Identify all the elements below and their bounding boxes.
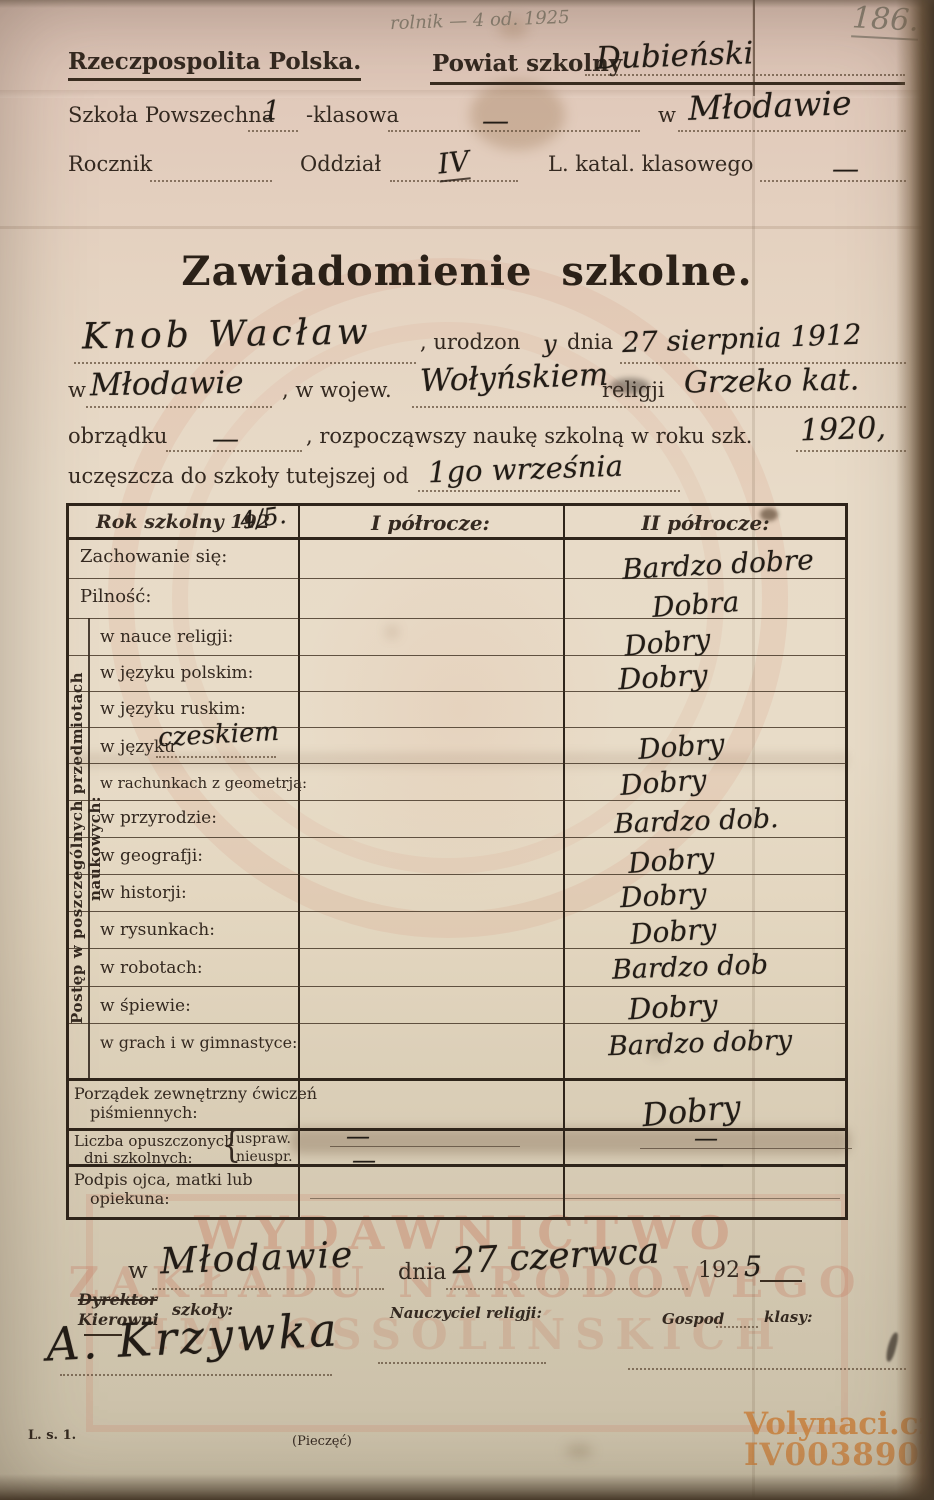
grade-rachunki: Dobry [619, 763, 708, 802]
right-page-edge [896, 0, 934, 1500]
wojew-dotted [412, 406, 906, 408]
school-in-label: w [658, 103, 676, 127]
row-line-3 [69, 655, 846, 656]
table-col-divider-1 [298, 506, 300, 1217]
rite-label: obrządku [68, 424, 167, 448]
footer-year-printed: 192 [698, 1258, 740, 1283]
born-label: , urodzon [420, 330, 520, 354]
ls-note: L. s. 1. [28, 1428, 76, 1443]
row-line-11 [69, 948, 846, 949]
grade-polski: Dobry [617, 658, 708, 697]
row-label-rachunki: w rachunkach z geometrją: [100, 774, 307, 792]
podpis-writing-line [310, 1198, 840, 1199]
row-label-roboty: w robotach: [100, 958, 203, 978]
row-line-9 [69, 874, 846, 875]
page-title: Zawiadomienie szkolne. [0, 248, 934, 295]
pupil-name-value: Knob Wacław [82, 311, 372, 357]
row-label-religji: w nauce religji: [100, 627, 233, 647]
district-dotted-line [585, 74, 905, 76]
born-suffix-value: y [543, 330, 557, 358]
row-line-7 [69, 800, 846, 801]
grade-pilnosc: Dobra [651, 585, 740, 624]
row-label-zachowanie: Zachowanie się: [80, 546, 227, 567]
table-col-divider-2 [563, 506, 565, 1217]
table-side-label: Postęp w poszczególnych przedmiotach nau… [68, 620, 88, 1076]
start-year-value: 1920, [799, 411, 886, 449]
rocznik-dotted [150, 180, 272, 182]
table-header-rule [69, 537, 846, 540]
row-label-historja: w historji: [100, 883, 187, 903]
grade-czeski: Dobry [637, 727, 726, 766]
intro-place-dotted [86, 406, 272, 408]
grade-geografja: Dobry [627, 841, 716, 880]
rite-value: — [212, 424, 239, 455]
born-date-value: 27 sierpnia 1912 [621, 318, 862, 359]
grade-historja: Dobry [619, 877, 707, 914]
row-label-porzadek-2: piśmiennych: [90, 1103, 198, 1122]
district-label: Powiat szkolny [432, 50, 622, 77]
row-line-4 [69, 691, 846, 692]
row-line-12 [69, 986, 846, 987]
row-line-10 [69, 911, 846, 912]
katal-label: L. katal. klasowego [548, 152, 753, 176]
director-struck-label: Dyrektor [78, 1290, 157, 1309]
dnia-label: dnia [567, 330, 613, 354]
school-place-value: Młodawie [687, 83, 852, 128]
row-label-podpis-2: opiekuna: [90, 1189, 170, 1208]
page-number: 186. [851, 0, 920, 40]
pupil-name-dotted [74, 362, 416, 364]
oddzial-label: Oddział [300, 152, 381, 176]
gospod-label: Gospod [662, 1310, 724, 1328]
grade-rysunki: Dobry [629, 912, 718, 951]
bottom-page-edge [0, 1474, 934, 1500]
row-label-pilnosc: Pilność: [80, 586, 151, 607]
row-label-gry: w grach i w gimnastyce: [100, 1033, 297, 1052]
district-value: Dubieński [595, 35, 754, 76]
row-label-ruski: w języku ruskim: [100, 699, 246, 719]
document-page: WYDAWNICTWO ZAKŁADU NARODOWEGO IM. OSSOL… [0, 0, 934, 1500]
pencil-note: rolnik — 4 od. 1925 [390, 7, 570, 34]
gospodarz-signature-dotted [628, 1368, 906, 1370]
section-rule-2 [69, 1128, 846, 1131]
row-label-uspraw: uspraw. [236, 1131, 291, 1147]
row-line-8 [69, 837, 846, 838]
footer-date-dotted [446, 1288, 688, 1290]
absence-sem2-line [640, 1148, 852, 1149]
religion-value: Grzeko kat. [684, 362, 860, 400]
table-header-col2: I półrocze: [298, 511, 563, 535]
row-label-geografja: w geografji: [100, 846, 203, 866]
table-header-col3: II półrocze: [563, 511, 848, 535]
row-label-nieuspr: nieuspr. [236, 1149, 293, 1165]
katal-value: — [832, 154, 859, 185]
footer-place-dotted [152, 1288, 384, 1290]
grade-roboty: Bardzo dob [612, 949, 769, 985]
footer-place-value: Młodawie [159, 1235, 355, 1283]
school-blank-value: — [482, 106, 509, 137]
row-label-liczba-2: dni szkolnych: [84, 1149, 193, 1167]
horizontal-crease-1 [0, 226, 934, 229]
oddzial-value: IV [436, 144, 471, 182]
school-place-dotted [678, 130, 906, 132]
intro-place-value: Młodawie [90, 365, 244, 404]
footer-year-written: 5 [744, 1250, 762, 1283]
row-label-porzadek-1: Porządek zewnętrzny ćwiczeń [74, 1084, 317, 1103]
stain-dot-3 [566, 1445, 592, 1457]
attend-label: uczęszcza do szkoły tutejszej od [68, 464, 409, 488]
footer-in-label: w [128, 1258, 148, 1284]
country-title: Rzeczpospolita Polska. [68, 48, 361, 81]
row-label-liczba-1: Liczba opuszczonych [74, 1132, 234, 1150]
absence-sem1-nieuspr: — [352, 1146, 376, 1174]
seal-note: (Pieczęć) [292, 1434, 352, 1449]
start-label: , rozpocząwszy naukę szkolną w roku szk. [306, 424, 752, 448]
intro-in-label: w [68, 378, 86, 402]
ink-blot-right [884, 1331, 899, 1362]
signature-dotted [60, 1374, 332, 1376]
attend-value: 1go września [427, 449, 623, 490]
row-line-6 [69, 763, 846, 764]
start-year-dotted [796, 450, 906, 452]
footer-year-line [760, 1280, 802, 1282]
row-label-podpis-1: Podpis ojca, matki lub [74, 1170, 253, 1189]
religion-label: religji [602, 378, 665, 402]
archive-id-stamp: IV003890 [744, 1437, 920, 1473]
row-line-13 [69, 1023, 846, 1024]
row-label-rysunki: w rysunkach: [100, 920, 215, 940]
row-label-spiew: w śpiewie: [100, 996, 191, 1016]
school-class-dotted [248, 130, 298, 132]
teacher-signature-dotted [378, 1362, 546, 1364]
top-edge-shadow [0, 0, 934, 8]
school-class-value: 1 [263, 96, 280, 127]
school-label: Szkoła Powszechna [68, 103, 274, 127]
grade-spiew: Dobry [627, 988, 718, 1027]
gospod-dotted [716, 1326, 758, 1328]
footer-dnia-label: dnia [398, 1260, 446, 1285]
section-rule-1 [69, 1078, 846, 1081]
row-label-polski: w języku polskim: [100, 663, 253, 683]
school-class-suffix: -klasowa [306, 103, 399, 127]
klasy-label: klasy: [764, 1308, 813, 1326]
wojew-label: , w wojew. [282, 378, 392, 402]
row-label-przyroda: w przyrodzie: [100, 808, 217, 828]
grade-przyroda: Bardzo dob. [614, 803, 780, 840]
absence-sem2-nieuspr: — [700, 1150, 724, 1178]
grade-gry: Bardzo dobry [608, 1025, 793, 1062]
row-written-subject-czeski: czeskiem [157, 717, 280, 753]
attend-dotted [418, 490, 680, 492]
wojew-value: Wołyńskiem [419, 357, 608, 400]
rocznik-label: Rocznik [68, 152, 152, 176]
religion-teacher-label: Nauczyciel religji: [390, 1304, 542, 1322]
czeski-dotted [156, 756, 276, 758]
school-blank-dotted [388, 130, 640, 132]
footer-date-value: 27 czerwca [451, 1231, 660, 1283]
